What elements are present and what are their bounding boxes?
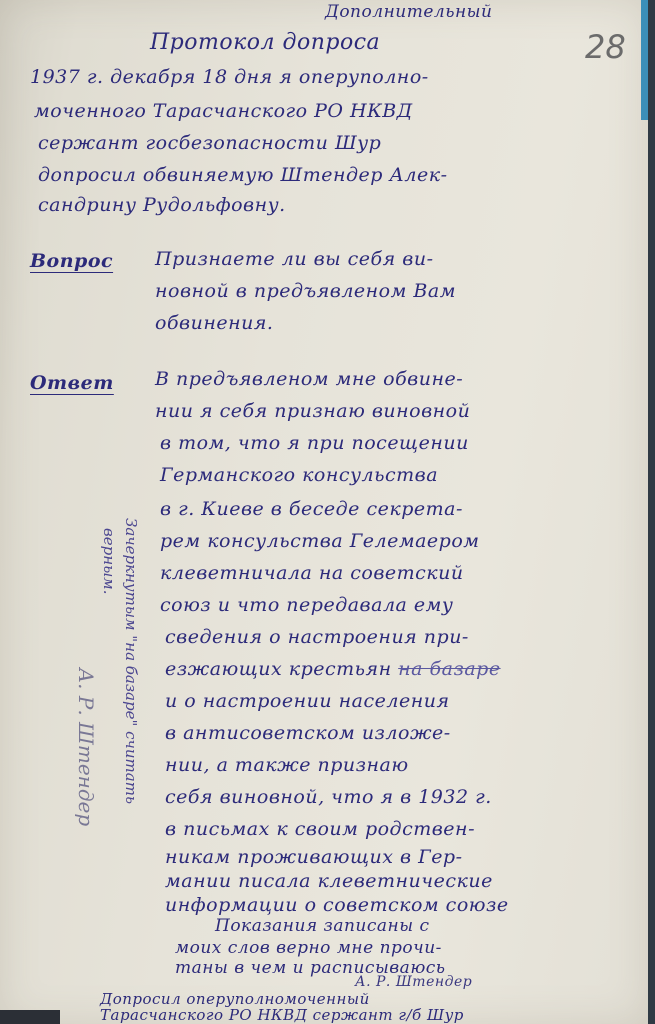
question-line: обвинения. — [155, 312, 273, 334]
answer-line: клеветничала на советский — [160, 562, 464, 584]
answer-line: езжающих крестьян на базаре — [165, 658, 501, 680]
answer-line: никам проживающих в Гер- — [165, 846, 463, 868]
answer-line-text: езжающих крестьян — [165, 658, 392, 680]
header-note: Дополнительный — [325, 2, 492, 22]
answer-line: нии, а также признаю — [165, 754, 409, 776]
answer-line: и о настроении населения — [165, 690, 450, 712]
answer-line: в г. Киеве в беседе секрета- — [160, 498, 463, 520]
intro-line: сандрину Рудольфовну. — [38, 194, 286, 216]
answer-line: сведения о настроения при- — [165, 626, 469, 648]
answer-line: в письмах к своим родствен- — [165, 818, 475, 840]
question-line: новной в предъявленом Вам — [155, 280, 456, 302]
signature: А. Р. Штендер — [355, 974, 472, 990]
struck-text: на базаре — [398, 658, 500, 680]
answer-line: В предъявленом мне обвине- — [155, 368, 463, 390]
answer-line: в антисоветском изложе- — [165, 722, 451, 744]
answer-line: нии я себя признаю виновной — [155, 400, 470, 422]
page-number: 28 — [585, 28, 626, 66]
answer-line: информации о советском союзе — [165, 894, 509, 916]
intro-line: моченного Тарасчанского РО НКВД — [34, 100, 413, 122]
intro-line: допросил обвиняемую Штендер Алек- — [38, 164, 448, 186]
intro-line: сержант госбезопасности Шур — [38, 132, 381, 154]
answer-line: союз и что передавала ему — [160, 594, 453, 616]
question-line: Признаете ли вы себя ви- — [155, 248, 433, 270]
answer-label: Ответ — [30, 372, 114, 394]
background-edge — [641, 0, 648, 120]
answer-line: себя виновной, что я в 1932 г. — [165, 786, 492, 808]
document-title: Протокол допроса — [150, 30, 380, 55]
answer-line: Германского консульства — [160, 464, 438, 486]
background-edge — [0, 1010, 60, 1024]
margin-note: верным. — [100, 528, 118, 595]
intro-line: 1937 г. декабря 18 дня я оперуполно- — [30, 66, 429, 88]
closing-line: моих слов верно мне прочи- — [175, 938, 442, 958]
margin-note: Зачеркнутым "на базаре" считать — [122, 518, 140, 804]
question-label: Вопрос — [30, 250, 113, 272]
document-page: Дополнительный Протокол допроса 28 1937 … — [0, 0, 648, 1024]
bottom-line: Тарасчанского РО НКВД сержант г/б Шур — [100, 1006, 464, 1024]
margin-signature: А. Р. Штендер — [74, 668, 98, 826]
answer-line: рем консульства Гелемаером — [160, 530, 480, 552]
closing-line: Показания записаны с — [215, 916, 430, 936]
answer-line: в том, что я при посещении — [160, 432, 469, 454]
answer-line: мании писала клеветнические — [165, 870, 493, 892]
